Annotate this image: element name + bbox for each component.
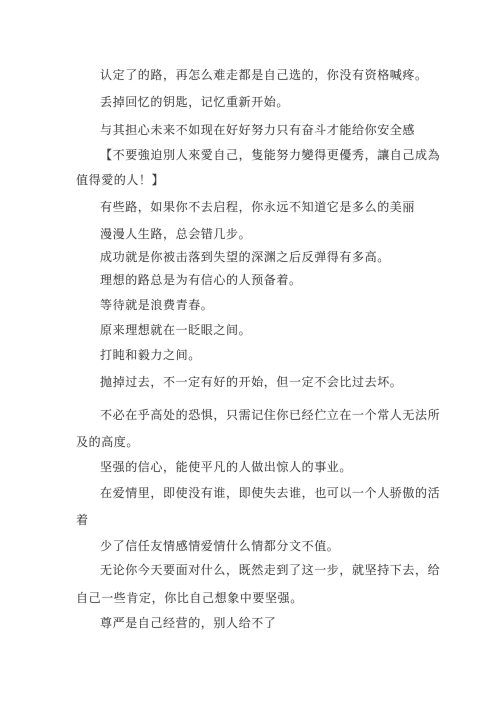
- text-line: 抛掉过去，不一定有好的开始，但一定不会比过去坏。: [100, 374, 402, 390]
- text-line: 【不要強迫別人來愛自己，隻能努力變得更優秀，讓自己成為: [100, 147, 440, 163]
- text-line: 不必在乎高处的恐惧，只需记住你已经伫立在一个常人无法所: [100, 407, 440, 423]
- text-line: 着: [76, 512, 89, 528]
- document-page: 认定了的路，再怎么难走都是自己选的，你没有资格喊疼。 丢掉回忆的钥匙，记忆重新开…: [0, 0, 500, 707]
- text-line: 坚强的信心，能使平凡的人做出惊人的事业。: [100, 459, 352, 475]
- text-line: 成功就是你被击落到失望的深渊之后反弹得有多高。: [100, 249, 390, 265]
- text-line: 原来理想就在一眨眼之间。: [100, 322, 251, 338]
- text-line: 理想的路总是为有信心的人预备着。: [100, 272, 302, 288]
- text-line: 与其担心未来不如现在好好努力只有奋斗才能给你安全感: [100, 122, 415, 138]
- text-line: 无论你今天要面对什么，既然走到了这一步，就坚持下去，给: [100, 562, 440, 578]
- text-line: 尊严是自己经营的，别人给不了: [100, 615, 276, 631]
- text-line: 少了信任友情感情爱情什么情都分文不值。: [100, 538, 339, 554]
- text-line: 自己一些肯定，你比自己想象中要坚强。: [76, 590, 303, 606]
- text-line: 有些路，如果你不去启程，你永远不知道它是多么的美丽: [100, 199, 415, 215]
- text-line: 值得愛的人！】: [76, 172, 164, 188]
- text-line: 认定了的路，再怎么难走都是自己选的，你没有资格喊疼。: [100, 67, 428, 83]
- text-line: 丢掉回忆的钥匙，记忆重新开始。: [100, 94, 289, 110]
- text-line: 等待就是浪费青春。: [100, 297, 213, 313]
- text-line: 及的高度。: [76, 434, 139, 450]
- text-line: 打盹和毅力之间。: [100, 347, 201, 363]
- text-line: 漫漫人生路，总会错几步。: [100, 226, 251, 242]
- text-line: 在爱情里，即使没有谁，即使失去谁，也可以一个人骄傲的活: [100, 485, 440, 501]
